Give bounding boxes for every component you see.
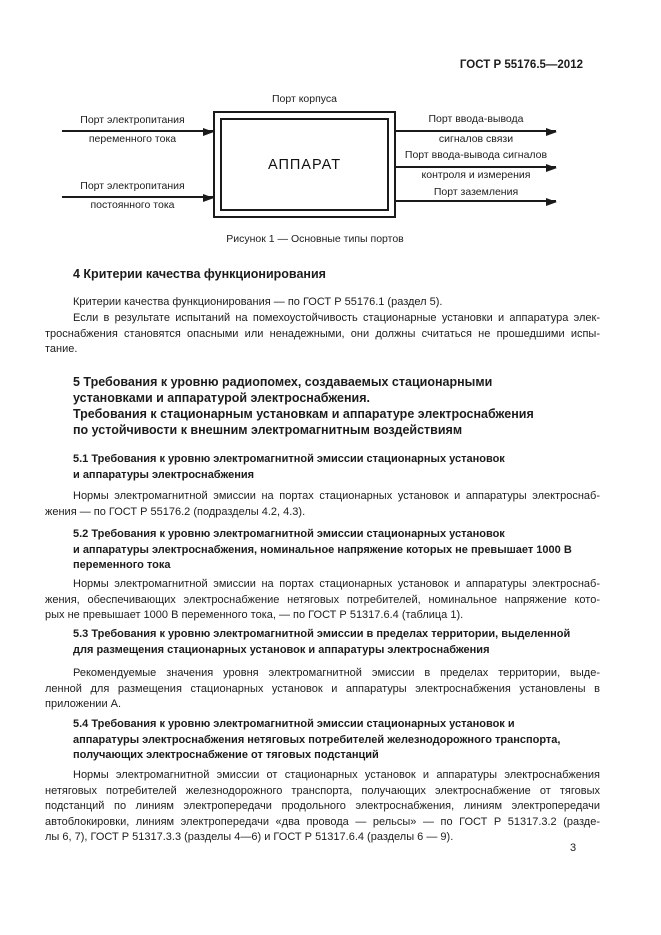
apparatus-box: АППАРАТ [213, 111, 396, 218]
section-4-paragraph-1-line: Критерии качества функционирования — по … [45, 295, 600, 311]
section-5-2-paragraph-line: Нормы электромагнитной эмиссии на портах… [45, 577, 600, 593]
port-ac-power-label-top: Порт электропитания [52, 114, 213, 127]
section-5-4-paragraph-line: Нормы электромагнитной эмиссии от стацио… [45, 768, 600, 784]
section-5-4-heading-line: 5.4 Требования к уровню электромагнитной… [73, 717, 600, 733]
page-number: 3 [570, 842, 576, 854]
section-5-4-paragraph-line: автоблокировки, линиям электропередачи «… [45, 815, 600, 831]
document-page: ГОСТ Р 55176.5—2012 Порт корпуса АППАРАТ… [0, 0, 661, 935]
port-ac-power-label-bottom: переменного тока [52, 133, 213, 146]
document-code: ГОСТ Р 55176.5—2012 [460, 59, 583, 71]
section-5-heading-line: Требования к стационарным установкам и а… [73, 406, 600, 422]
section-4-paragraph-2-line: Если в результате испытаний на помехоуст… [45, 311, 600, 327]
section-5-1-paragraph: Нормы электромагнитной эмиссии на портах… [45, 489, 600, 520]
section-5-4-heading-line: аппаратуры электроснабжения нетяговых по… [73, 733, 600, 749]
port-comm-signals-label-bottom: сигналов связи [396, 133, 556, 146]
port-dc-power: Порт электропитания постоянного тока [52, 180, 213, 226]
apparatus-label: АППАРАТ [268, 157, 341, 173]
section-5-1-heading-line: 5.1 Требования к уровню электромагнитной… [73, 452, 600, 468]
port-control-signals-label-top: Порт ввода-вывода сигналов [396, 149, 556, 162]
section-5-heading-line: по устойчивости к внешним электромагнитн… [73, 422, 600, 438]
section-5-4-paragraph-line: лы 6, 7), ГОСТ Р 51317.3.3 (разделы 4—6)… [45, 830, 600, 846]
section-5-4-paragraph-line: подстанций по линиям электропередачи про… [45, 799, 600, 815]
section-4-paragraph-2-line: троснабжения становятся опасными или нен… [45, 327, 600, 343]
section-5-4-paragraph-line: нетяговых потребителей железнодорожного … [45, 784, 600, 800]
section-5-3-heading: 5.3 Требования к уровню электромагнитной… [45, 627, 600, 658]
port-ac-power: Порт электропитания переменного тока [52, 114, 213, 160]
section-5-3-paragraph-line: Рекомендуемые значения уровня электромаг… [45, 666, 600, 682]
section-5-1-heading-line: и аппаратуры электроснабжения [73, 468, 600, 484]
port-ac-power-arrow [62, 130, 213, 132]
section-5-1-paragraph-line: Нормы электромагнитной эмиссии на портах… [45, 489, 600, 505]
section-5-3-paragraph: Рекомендуемые значения уровня электромаг… [45, 666, 600, 713]
section-5-1-paragraph-line: жения — по ГОСТ Р 55176.2 (подразделы 4.… [45, 505, 600, 521]
port-control-signals-label-bottom: контроля и измерения [396, 169, 556, 182]
arrow-right-icon [546, 198, 557, 206]
port-grounding-arrow [396, 200, 556, 202]
section-5-heading-line: установками и аппаратурой электроснабжен… [73, 390, 600, 406]
section-5-2-heading-line: переменного тока [73, 558, 600, 574]
apparatus-inner-box: АППАРАТ [220, 118, 389, 211]
port-control-signals-arrow [396, 166, 556, 168]
section-4-paragraph-2-line: тание. [45, 342, 600, 358]
section-5-4-heading: 5.4 Требования к уровню электромагнитной… [45, 717, 600, 764]
section-5-1-heading: 5.1 Требования к уровню электромагнитной… [45, 452, 600, 483]
housing-port-label: Порт корпуса [213, 93, 396, 106]
section-5-heading: 5 Требования к уровню радиопомех, создав… [45, 374, 600, 438]
port-dc-power-label-bottom: постоянного тока [52, 199, 213, 212]
section-5-2-paragraph-line: жения, обеспечивающих электроснабжение н… [45, 593, 600, 609]
section-5-heading-line: 5 Требования к уровню радиопомех, создав… [73, 374, 600, 390]
section-4-heading: 4 Критерии качества функционирования [45, 266, 600, 282]
section-5-2-paragraph: Нормы электромагнитной эмиссии на портах… [45, 577, 600, 624]
port-dc-power-arrow [62, 196, 213, 198]
port-comm-signals-arrow [396, 130, 556, 132]
section-4-paragraph-2: Если в результате испытаний на помехоуст… [45, 311, 600, 358]
section-4-paragraph-1: Критерии качества функционирования — по … [45, 295, 600, 311]
section-5-2-heading-line: 5.2 Требования к уровню электромагнитной… [73, 527, 600, 543]
section-5-2-paragraph-line: рых не превышает 1000 В переменного тока… [45, 608, 600, 624]
port-dc-power-label-top: Порт электропитания [52, 180, 213, 193]
section-5-4-heading-line: получающих электроснабжение от тяговых п… [73, 748, 600, 764]
section-5-3-heading-line: 5.3 Требования к уровню электромагнитной… [73, 627, 600, 643]
section-5-4-paragraph: Нормы электромагнитной эмиссии от стацио… [45, 768, 600, 846]
section-5-3-heading-line: для размещения стационарных установок и … [73, 643, 600, 659]
section-5-3-paragraph-line: ленной для размещения стационарных устан… [45, 682, 600, 698]
figure-caption: Рисунок 1 — Основные типы портов [45, 233, 585, 245]
section-5-2-heading: 5.2 Требования к уровню электромагнитной… [45, 527, 600, 574]
section-5-3-paragraph-line: приложении А. [45, 697, 600, 713]
port-comm-signals-label-top: Порт ввода-вывода [396, 113, 556, 126]
port-grounding-label: Порт заземления [396, 186, 556, 199]
port-grounding: Порт заземления [396, 186, 556, 216]
section-5-2-heading-line: и аппаратуры электроснабжения, номинальн… [73, 543, 600, 559]
